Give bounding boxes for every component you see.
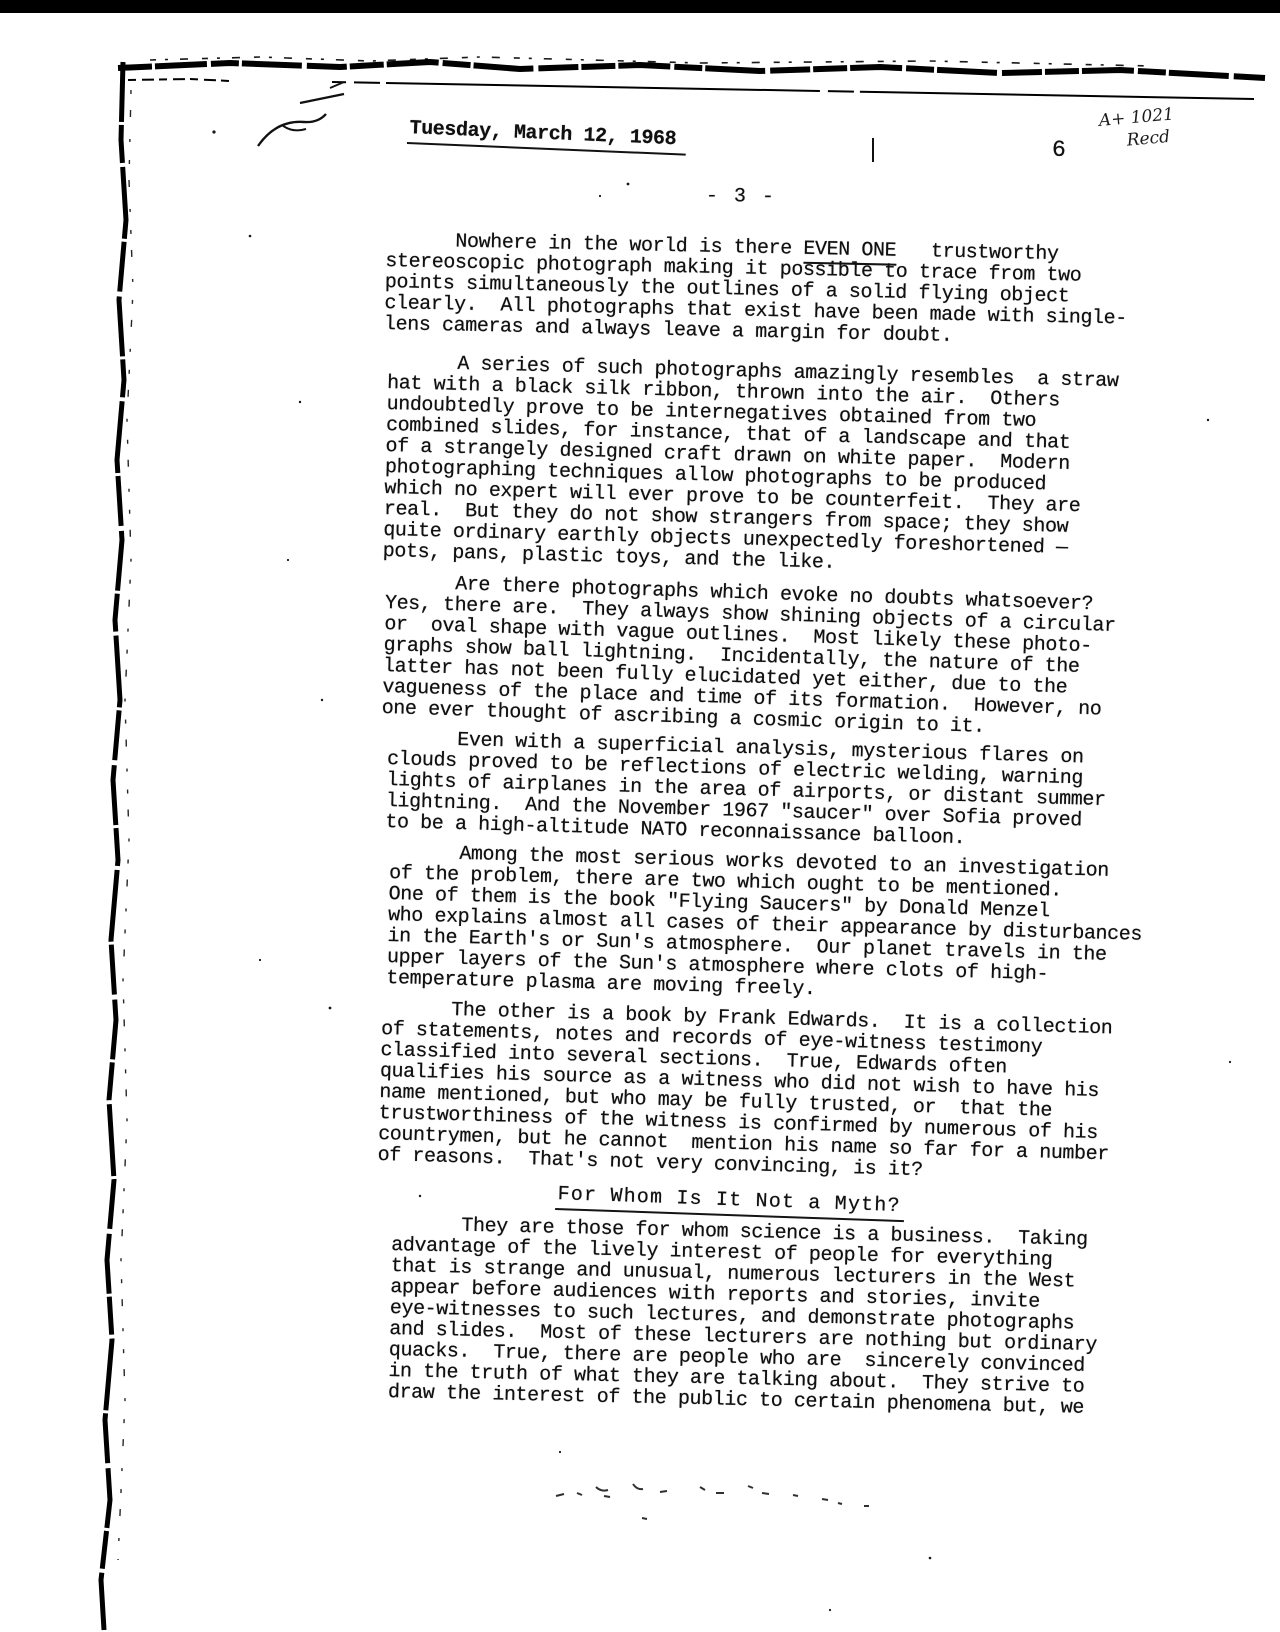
paragraph-4: Even with a superficial analysis, myster… — [385, 728, 1107, 853]
date-line: Tuesday, March 12, 1968 — [407, 118, 687, 156]
paper-top-edge — [118, 62, 1265, 78]
page-number-top-right: 6 — [1052, 140, 1065, 161]
page-number-center: - 3 - — [706, 186, 776, 208]
handwritten-annotation: A+ 1021 Recd — [1098, 103, 1177, 153]
scanned-document-page: Tuesday, March 12, 1968 6 A+ 1021 Recd -… — [0, 0, 1280, 1632]
paper-top-crease — [332, 82, 1254, 99]
scan-top-bar — [0, 0, 1280, 13]
bottom-smudge-marks — [556, 1484, 869, 1519]
section-heading: For Whom Is It Not a Myth? — [555, 1184, 905, 1222]
handwritten-annotation-line2: Recd — [1126, 125, 1177, 151]
paper-left-edge-specks — [118, 90, 133, 1560]
paragraph-2: A series of such photographs amazingly r… — [383, 352, 1119, 581]
scribble-mark — [282, 125, 306, 130]
scribble-mark — [258, 114, 326, 146]
paragraph-5: Among the most serious works devoted to … — [386, 842, 1144, 1009]
crease-left-dashes — [128, 79, 230, 81]
paragraph-6: The other is a book by Frank Edwards. It… — [377, 998, 1112, 1186]
scribble-mark — [300, 94, 344, 103]
scribble-mark — [330, 82, 344, 88]
paragraph-7: They are those for whom science is a bus… — [388, 1214, 1100, 1419]
paper-top-edge-specks — [150, 57, 1150, 66]
paragraph-3: Are there photographs which evoke no dou… — [381, 572, 1116, 742]
paper-left-edge — [101, 62, 126, 1630]
paragraph-1: Nowhere in the world is there EVEN ONE t… — [384, 230, 1129, 351]
